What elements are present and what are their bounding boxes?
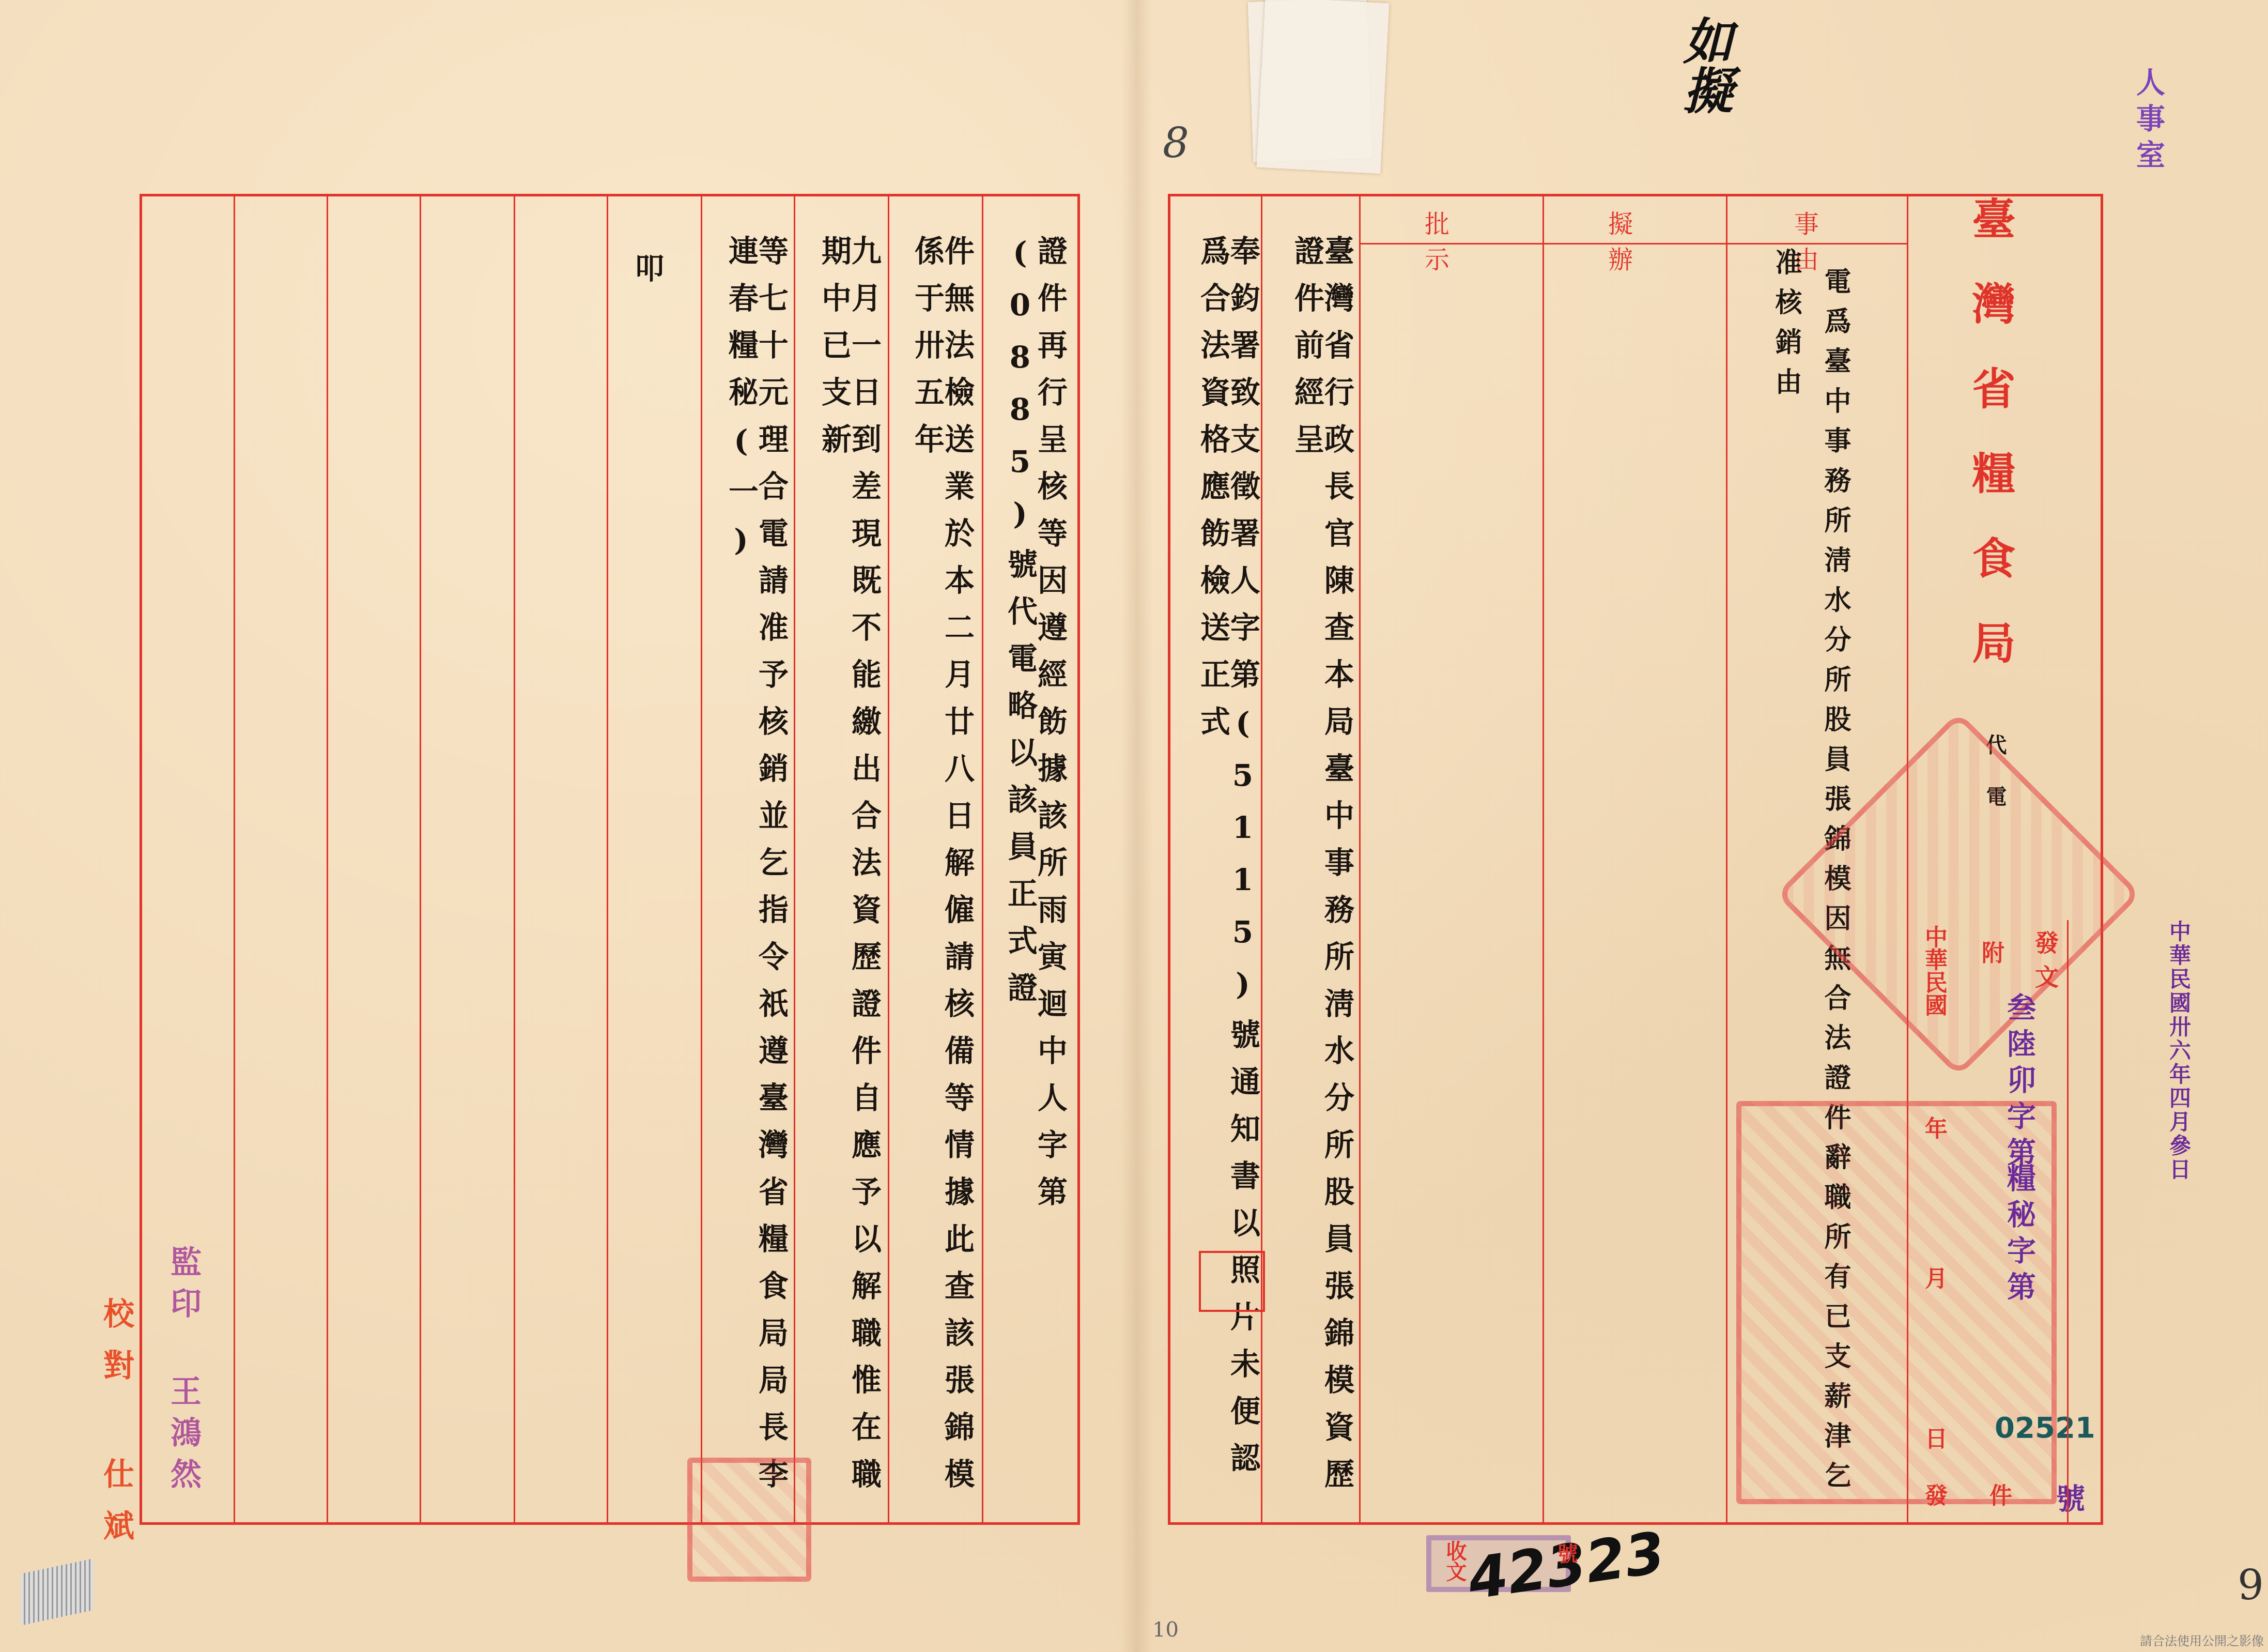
page-mark-top: 8 [1163, 119, 1189, 167]
grid-line [982, 195, 983, 1524]
dispatch-month-label: 月 [1922, 1266, 1945, 1289]
grid-line [1261, 195, 1262, 1524]
dispatch-ref-number: 02521 [1995, 1411, 2095, 1445]
closing-kou: 叩 [633, 253, 662, 282]
dispatch-label-fu: 附 [1979, 941, 2002, 963]
grid-line [234, 195, 235, 1524]
header-label-shiyou: 事由 [1741, 204, 1896, 276]
receipt-label: 收文 [1444, 1540, 1465, 1582]
dispatch-year-label: 年 [1922, 1116, 1945, 1139]
page-number: 9 [2238, 1561, 2264, 1609]
dispatch-day-label: 日 [1922, 1427, 1945, 1449]
grid-line [1726, 195, 1727, 1524]
handwritten-note: 如擬 [1679, 16, 1729, 115]
small-red-seal [1199, 1251, 1265, 1312]
grid-line [2067, 920, 2069, 1525]
dispatch-ref-prefix: 叁陸卯字第 [2005, 992, 2034, 1173]
header-label-niban: 擬辦 [1555, 204, 1710, 276]
dispatch-fa-label: 發 [1922, 1483, 1945, 1506]
issuer-title: 臺灣省糧食局 [1969, 196, 2012, 705]
subject-column-2: 准核銷由 [1772, 248, 1799, 407]
seal-supervisor-signature: 監印 王鴻然 [168, 1246, 199, 1499]
dispatch-hao-label: 號 [2054, 1483, 2083, 1512]
dispatch-jian-label: 件 [1987, 1483, 2010, 1506]
body-column-left-2: 件無法檢送業於本二月廿八日解僱請核備等情據此查該張錦模係于卅五年 [912, 235, 972, 1517]
dispatch-label-fawen: 發文 [2033, 930, 2057, 999]
official-seal-bottom [687, 1458, 811, 1582]
dispatch-roc-label: 中華民國 [1922, 925, 1945, 1016]
grid-line [607, 195, 608, 1524]
body-column-left-1: 證件再行呈核等因遵經飭據該所雨寅迴中人字第(0885)號代電略以該員正式證 [1005, 235, 1065, 1517]
header-label-pishi: 批示 [1372, 204, 1527, 276]
grid-line [327, 195, 328, 1524]
page-fold [1121, 0, 1152, 1652]
receipt-hao-label: 號 [1555, 1543, 1576, 1564]
dispatch-ref-series: 糧秘字第 [2005, 1163, 2034, 1308]
body-column-right-2: 奉鈞署致支徵署人字第(5115)號通知書以照片未便認爲合法資格應飭檢送正式 [1198, 235, 1258, 1517]
body-column-right-1: 臺灣省行政長官陳查本局臺中事務所淸水分所股員張錦模資歷證件前經呈 [1292, 235, 1352, 1517]
grid-line [514, 195, 515, 1524]
attached-paper-slip [1257, 0, 1390, 174]
date-stamp: 中華民國卅六年四月參日 [2168, 920, 2189, 1182]
personnel-office-stamp: 人事室 [2134, 67, 2163, 176]
grid-line [1542, 195, 1544, 1524]
grid-line [888, 195, 889, 1524]
page-mark-bottom: 10 [1152, 1618, 1179, 1642]
body-column-left-4: 等七十元理合電請准予核銷並乞指令祇遵臺灣省糧食局局長李連春糧秘(一) [726, 235, 786, 1517]
grid-line [1359, 195, 1361, 1524]
grid-line [420, 195, 421, 1524]
proofreader-signature: 校對 仕斌 [101, 1297, 132, 1561]
grid-line [794, 195, 795, 1524]
watermark-text: 請合法使用公開之影像 [2140, 1631, 2264, 1649]
body-column-left-3: 九月一日到差現既不能繳出合法資歷證件自應予以解職惟在職期中已支新 [819, 235, 879, 1517]
grid-line [701, 195, 702, 1524]
